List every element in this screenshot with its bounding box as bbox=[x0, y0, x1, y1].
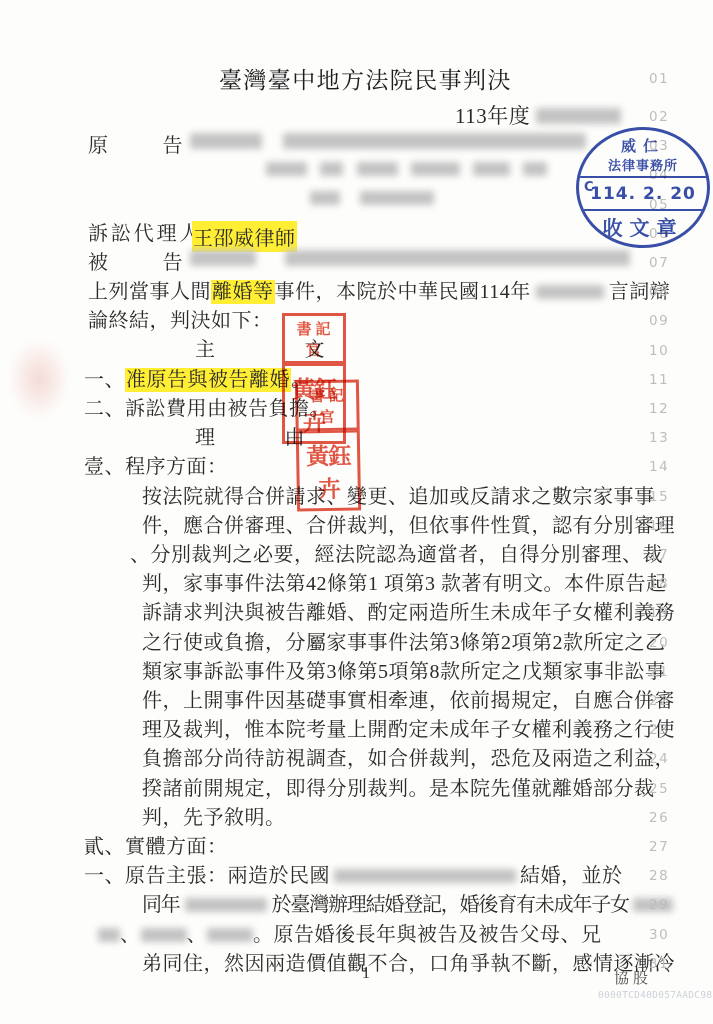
case-number-line: 113年度 bbox=[455, 100, 621, 127]
redacted-text bbox=[357, 162, 398, 176]
procedure-section-heading: 壹、程序方面： bbox=[84, 450, 228, 477]
law-firm-name-bottom: 法律事務所 bbox=[579, 155, 707, 174]
line-number: 24 bbox=[649, 751, 669, 767]
redacted-date bbox=[185, 898, 267, 912]
line-number: 09 bbox=[649, 313, 669, 329]
clerk-title: 書記官 bbox=[282, 313, 346, 364]
defendant-label: 被告 bbox=[88, 246, 183, 275]
intro-line: 上列當事人間離婚等事件，本院於中華民國114年言詞辯 bbox=[88, 275, 670, 302]
body-line: 負擔部分尚待訪視調查，如合併裁判，恐危及兩造之利益， bbox=[142, 742, 675, 769]
item-marker: 一、 bbox=[84, 865, 125, 887]
body-line: 判，家事事件法第42條第1 項第3 款著有明文。本件原告起 bbox=[142, 567, 667, 594]
redacted-text bbox=[320, 162, 343, 176]
redacted-child-name bbox=[141, 928, 187, 942]
page-number: 1 bbox=[346, 963, 386, 983]
law-firm-receipt-stamp: 威仁 法律事務所 C 114. 2. 20 收文章 bbox=[576, 127, 710, 248]
clerk-title: 書記官 bbox=[295, 379, 360, 431]
clerk-name: 黃鈺卉 bbox=[296, 430, 361, 511]
line-number: 20 bbox=[649, 635, 669, 651]
clerk-seal-2: 書記官 黃鈺卉 bbox=[295, 379, 361, 511]
claim-text: 於臺灣辦理結婚登記，婚後育有未成年子女 bbox=[272, 894, 629, 916]
body-line: 件，上開事件因基礎事實相牽連，依前揭規定，自應合併審 bbox=[142, 684, 675, 711]
line-number: 18 bbox=[649, 576, 669, 592]
claim-text: 。原告婚後長年與被告及被告父母、兄 bbox=[253, 924, 602, 946]
redacted-plaintiff-name bbox=[190, 133, 262, 149]
line-number: 21 bbox=[649, 664, 669, 680]
claim-text: 原告主張：兩造於民國 bbox=[125, 865, 330, 887]
claim-line: 同年於臺灣辦理結婚登記，婚後育有未成年子女 bbox=[142, 888, 673, 915]
divorce-grant-highlight: 准原告與被告離婚 bbox=[125, 368, 291, 392]
redacted-text bbox=[411, 162, 460, 176]
agent-label: 訴訟代理人 bbox=[88, 217, 200, 246]
line-number: 26 bbox=[649, 810, 669, 826]
line-number: 22 bbox=[649, 693, 669, 709]
case-type-highlight: 離婚等 bbox=[211, 280, 275, 304]
division-label: 協股 bbox=[614, 967, 652, 988]
redacted-defendant-address bbox=[285, 250, 630, 266]
redacted-plaintiff-address bbox=[283, 133, 586, 149]
redacted-text bbox=[473, 162, 510, 176]
body-line: 類家事訴訟事件及第3條第5項第8款所定之戊類家事非訟事 bbox=[142, 655, 666, 682]
line-number: 13 bbox=[649, 430, 669, 446]
redacted-text bbox=[360, 191, 434, 205]
line-number: 01 bbox=[649, 71, 669, 87]
redacted-defendant-name bbox=[190, 250, 256, 266]
body-line: 揆諸前開規定，即得分別裁判。是本院先僅就離婚部分裁 bbox=[142, 772, 655, 799]
redacted-child-name bbox=[98, 928, 120, 942]
line-number: 29 bbox=[649, 897, 669, 913]
line-number: 11 bbox=[649, 372, 669, 388]
line-number: 08 bbox=[649, 284, 669, 300]
line-number: 31 bbox=[649, 956, 669, 972]
redacted-text bbox=[310, 191, 340, 205]
line-number: 12 bbox=[649, 401, 669, 417]
line-number: 14 bbox=[649, 459, 669, 475]
stamp-date: 114. 2. 20 bbox=[590, 184, 696, 204]
redacted-marriage-date bbox=[334, 869, 516, 883]
line-number: 23 bbox=[649, 722, 669, 738]
line-number: 17 bbox=[649, 547, 669, 563]
claim-text: 結婚，並於 bbox=[520, 865, 623, 887]
redacted-case-number bbox=[536, 108, 621, 124]
line-number: 15 bbox=[649, 489, 669, 505]
intro-text: 上列當事人間 bbox=[88, 281, 211, 303]
line-number: 02 bbox=[649, 109, 669, 125]
intro-text: 事件，本院於中華民國114年 bbox=[275, 281, 531, 303]
court-title: 臺灣臺中地方法院民事判決 bbox=[219, 62, 512, 89]
item-marker: 一、 bbox=[84, 369, 125, 391]
line-number: 28 bbox=[649, 868, 669, 884]
claim-line: 一、原告主張：兩造於民國結婚，並於 bbox=[84, 859, 623, 886]
body-line: 之行使或負擔，分屬家事事件法第3條第2項第2款所定之乙 bbox=[142, 626, 666, 653]
separator: 、 bbox=[120, 924, 141, 946]
line-number: 16 bbox=[649, 518, 669, 534]
redacted-text bbox=[523, 162, 547, 176]
substance-section-heading: 貳、實體方面： bbox=[84, 830, 228, 857]
intro-line-2: 論終結，判決如下： bbox=[88, 304, 273, 331]
body-line: 按法院就得合併請求、變更、追加或反請求之數宗家事事 bbox=[142, 480, 655, 507]
line-number: 25 bbox=[649, 781, 669, 797]
redacted-text bbox=[266, 162, 307, 176]
case-year: 113年度 bbox=[455, 104, 530, 128]
doc-code: 0000TCD40D057AADC982 bbox=[598, 990, 713, 1001]
line-number: 10 bbox=[649, 343, 669, 359]
body-line: 件，應合併審理、合併裁判，但依事件性質，認有分別審理 bbox=[142, 509, 675, 536]
body-line: 理及裁判，惟本院考量上開酌定未成年子女權利義務之行使 bbox=[142, 713, 675, 740]
plaintiff-label: 原告 bbox=[88, 129, 183, 158]
claim-text: 同年 bbox=[142, 894, 180, 916]
line-number: 07 bbox=[649, 255, 669, 271]
judgment-item-1: 一、准原告與被告離婚。 bbox=[84, 363, 312, 390]
reason-heading-row: 理由 bbox=[0, 421, 305, 448]
main-text-heading-row: 主文 bbox=[0, 333, 325, 360]
redacted-date bbox=[536, 285, 604, 299]
claim-line: 弟同住，然因兩造價值觀不合，口角爭執不斷，感情逐漸冷 bbox=[142, 947, 675, 974]
claim-line: 、、。原告婚後長年與被告及被告父母、兄 bbox=[98, 918, 602, 945]
line-number: 19 bbox=[649, 605, 669, 621]
body-line: 、分別裁判之必要，經法院認為適當者，自得分別審理、裁 bbox=[130, 538, 663, 565]
redacted-child-name bbox=[207, 928, 253, 942]
separator: 、 bbox=[187, 924, 208, 946]
stamp-date-band: C 114. 2. 20 bbox=[579, 176, 707, 211]
stamp-code-letter: C bbox=[584, 180, 594, 195]
line-number: 27 bbox=[649, 839, 669, 855]
defendant-row: 被告 bbox=[0, 246, 713, 273]
body-line: 訴請求判決與被告離婚、酌定兩造所生未成年子女權利義務 bbox=[142, 596, 675, 623]
scanned-judgment-page: 臺灣臺中地方法院民事判決 113年度 原告 訴訟代理人 王邵威律師 被告 上列當… bbox=[0, 0, 713, 1024]
line-number: 30 bbox=[649, 927, 669, 943]
body-line: 判，先予敘明。 bbox=[142, 801, 286, 828]
